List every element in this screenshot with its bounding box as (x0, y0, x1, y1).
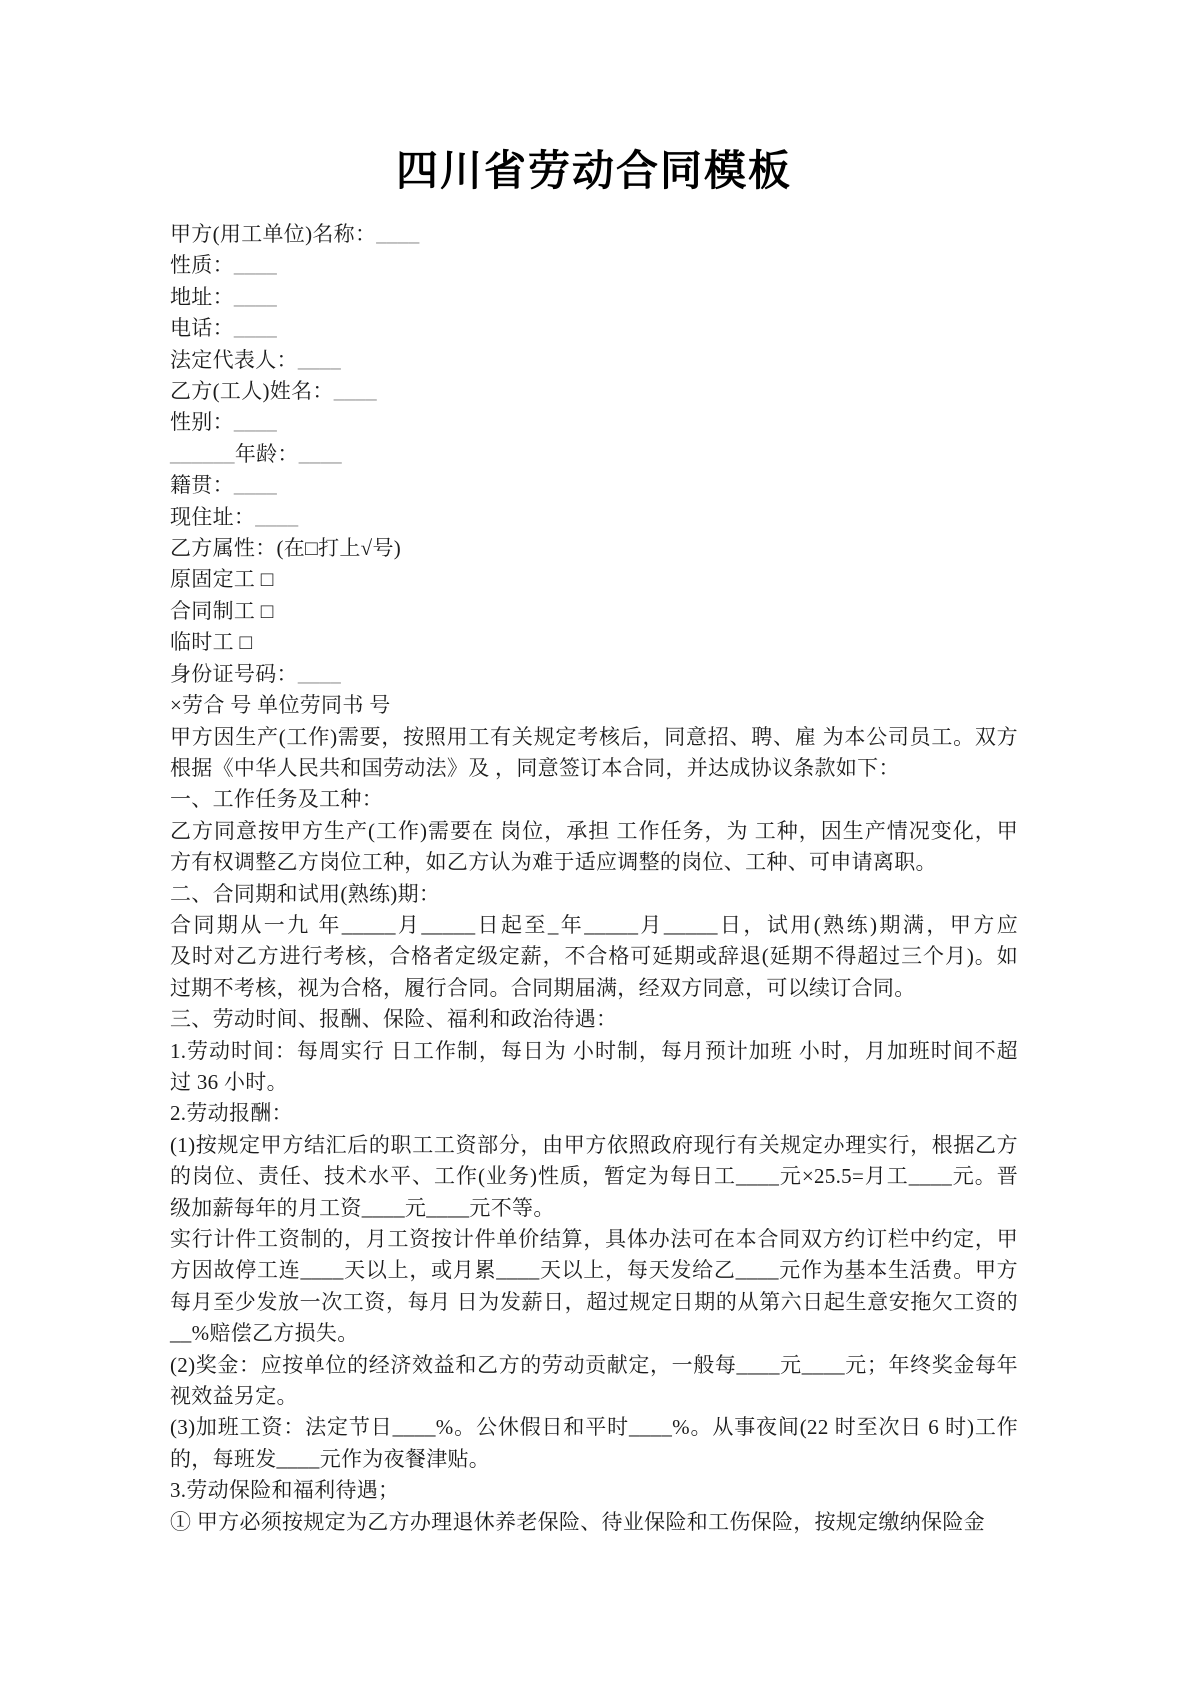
form-line: 乙方(工人)姓名：____ (170, 376, 1018, 407)
paragraph-line: 2.劳动报酬： (170, 1098, 1018, 1129)
paragraph-line: 乙方同意按甲方生产(工作)需要在 岗位，承担 工作任务，为 工种，因生产情况变化… (170, 816, 1018, 847)
paragraph-line: 方因故停工连____天以上，或月累____天以上，每天发给乙____元作为基本生… (170, 1255, 1018, 1286)
blank-field: _____ (342, 913, 396, 937)
form-line: 性质：____ (170, 250, 1018, 281)
paragraph-line: 过期不考核，视为合格，履行合同。合同期届满，经双方同意，可以续订合同。 (170, 973, 1018, 1004)
page-title: 四川省劳动合同模板 (170, 148, 1018, 196)
form-line: 原固定工 □ (170, 564, 1018, 595)
paragraph-line: 二、合同期和试用(熟练)期： (170, 879, 1018, 910)
blank-field: ____ (334, 379, 377, 403)
form-line: 籍贯：____ (170, 470, 1018, 501)
blank-field: ____ (234, 316, 277, 340)
paragraph-line: (2)奖金：应按单位的经济效益和乙方的劳动贡献定，一般每____元____元；年… (170, 1350, 1018, 1381)
blank-field: ____ (909, 1164, 952, 1188)
paragraph-line: 的，每班发____元作为夜餐津贴。 (170, 1444, 1018, 1475)
form-line: ______年龄：____ (170, 439, 1018, 470)
blank-field: ____ (736, 1164, 779, 1188)
blank-field: ____ (376, 222, 419, 246)
paragraph-line: 级加薪每年的月工资____元____元不等。 (170, 1193, 1018, 1224)
paragraph-line: 过 36 小时。 (170, 1067, 1018, 1098)
paragraph-line: 甲方因生产(工作)需要，按照用工有关规定考核后，同意招、聘、雇 为本公司员工。双… (170, 722, 1018, 753)
paragraph-line: 3.劳动保险和福利待遇； (170, 1475, 1018, 1506)
paragraph-line: 方有权调整乙方岗位工种，如乙方认为难于适应调整的岗位、工种、可申请离职。 (170, 847, 1018, 878)
paragraph-line: 及时对乙方进行考核，合格者定级定薪，不合格可延期或辞退(延期不得超过三个月)。如 (170, 941, 1018, 972)
paragraph-line: __%赔偿乙方损失。 (170, 1318, 1018, 1349)
blank-field: _____ (584, 913, 638, 937)
paragraph-line: 合同期从一九 年_____月_____日起至_年_____月_____日，试用(… (170, 910, 1018, 941)
blank-field: ____ (234, 285, 277, 309)
paragraph-line: 实行计件工资制的，月工资按计件单价结算，具体办法可在本合同双方约订栏中约定，甲 (170, 1224, 1018, 1255)
form-line: ×劳合 号 单位劳同书 号 (170, 690, 1018, 721)
blank-field: ____ (736, 1258, 779, 1282)
blank-field: ____ (802, 1353, 845, 1377)
blank-field: ____ (496, 1258, 539, 1282)
paragraph-line: 一、工作任务及工种： (170, 784, 1018, 815)
form-line: 临时工 □ (170, 627, 1018, 658)
blank-field: ____ (737, 1353, 780, 1377)
blank-field: ____ (234, 253, 277, 277)
blank-field: ____ (362, 1196, 405, 1220)
paragraph-line: ① 甲方必须按规定为乙方办理退休养老保险、待业保险和工伤保险，按规定缴纳保险金 (170, 1507, 1018, 1538)
form-line: 地址：____ (170, 282, 1018, 313)
blank-field: _____ (421, 913, 475, 937)
paragraph-line: 的岗位、责任、技术水平、工作(业务)性质，暂定为每日工____元×25.5=月工… (170, 1161, 1018, 1192)
paragraph-line: 视效益另定。 (170, 1381, 1018, 1412)
form-line: 性别：____ (170, 407, 1018, 438)
blank-field: ____ (277, 1447, 320, 1471)
form-line: 现住址：____ (170, 502, 1018, 533)
blank-field: __ (170, 1321, 192, 1345)
form-line: 合同制工 □ (170, 596, 1018, 627)
blank-field: ____ (426, 1196, 469, 1220)
paragraph-line: 三、劳动时间、报酬、保险、福利和政治待遇： (170, 1004, 1018, 1035)
form-line: 电话：____ (170, 313, 1018, 344)
blank-field: ____ (300, 1258, 343, 1282)
blank-field: ____ (299, 442, 342, 466)
blank-field: ____ (298, 662, 341, 686)
contract-body-block: 甲方因生产(工作)需要，按照用工有关规定考核后，同意招、聘、雇 为本公司员工。双… (170, 722, 1018, 1539)
form-line: 身份证号码：____ (170, 659, 1018, 690)
paragraph-line: 每月至少发放一次工资，每月 日为发薪日，超过规定日期的从第六日起生意安拖欠工资的 (170, 1287, 1018, 1318)
blank-field: ____ (255, 505, 298, 529)
form-header-block: 甲方(用工单位)名称：____性质：____地址：____电话：____法定代表… (170, 219, 1018, 722)
form-line: 法定代表人：____ (170, 345, 1018, 376)
form-line: 乙方属性：(在□打上√号) (170, 533, 1018, 564)
blank-field: _____ (664, 913, 718, 937)
blank-field: ____ (393, 1415, 436, 1439)
blank-field: ____ (629, 1415, 672, 1439)
contract-page: 四川省劳动合同模板 甲方(用工单位)名称：____性质：____地址：____电… (0, 0, 1190, 1683)
blank-field: _ (548, 913, 559, 937)
blank-field: ______ (170, 442, 235, 466)
paragraph-line: 1.劳动时间：每周实行 日工作制，每日为 小时制，每月预计加班 小时，月加班时间… (170, 1036, 1018, 1067)
form-line: 甲方(用工单位)名称：____ (170, 219, 1018, 250)
blank-field: ____ (234, 473, 277, 497)
blank-field: ____ (298, 348, 341, 372)
paragraph-line: (3)加班工资：法定节日____%。公休假日和平时____%。从事夜间(22 时… (170, 1412, 1018, 1443)
blank-field: ____ (234, 410, 277, 434)
paragraph-line: (1)按规定甲方结汇后的职工工资部分，由甲方依照政府现行有关规定办理实行，根据乙… (170, 1130, 1018, 1161)
paragraph-line: 根据《中华人民共和国劳动法》及 ，同意签订本合同，并达成协议条款如下： (170, 753, 1018, 784)
